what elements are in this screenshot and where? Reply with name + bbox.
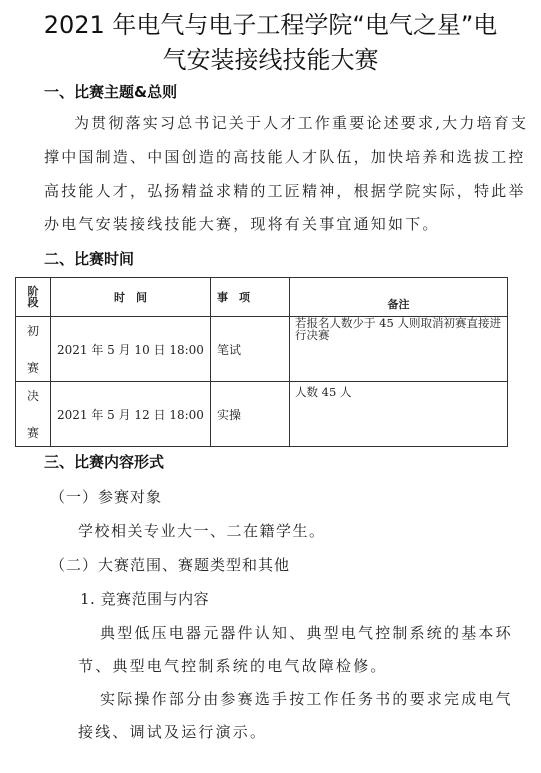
item-1-para-2-line-1: 实际操作部分由参赛选手按工作任务书的要求完成电气 bbox=[100, 689, 513, 709]
subsection-1-text: 学校相关专业大一、二在籍学生。 bbox=[78, 521, 326, 541]
header-note: 备注 bbox=[290, 278, 508, 317]
schedule-table: 阶段 时 间 事 项 备注 初赛 2021 年 5 月 10 日 18:00 笔… bbox=[15, 277, 508, 447]
section-1-line-1: 为贯彻落实习总书记关于人才工作重要论述要求,大力培育支 bbox=[74, 113, 528, 133]
table-row: 初赛 2021 年 5 月 10 日 18:00 笔试 若报名人数少于 45 人… bbox=[16, 317, 508, 382]
subsection-1-heading: （一）参赛对象 bbox=[50, 487, 162, 507]
header-time: 时 间 bbox=[51, 278, 211, 317]
subsection-2-heading: （二）大赛范围、赛题类型和其他 bbox=[50, 555, 290, 575]
time-cell: 2021 年 5 月 12 日 18:00 bbox=[51, 382, 211, 447]
section-3-heading: 三、比赛内容形式 bbox=[44, 452, 164, 472]
header-stage: 阶段 bbox=[16, 278, 51, 317]
note-cell: 人数 45 人 bbox=[290, 382, 508, 447]
item-cell: 笔试 bbox=[211, 317, 290, 382]
header-item: 事 项 bbox=[211, 278, 290, 317]
item-1-heading: 1. 竞赛范围与内容 bbox=[80, 589, 209, 609]
stage-cell: 初赛 bbox=[16, 317, 51, 382]
item-1-para-1-line-1: 典型低压电器元器件认知、典型电气控制系统的基本环 bbox=[100, 623, 513, 643]
document-title-line-1: 2021 年电气与电子工程学院“电气之星”电 bbox=[0, 10, 541, 40]
time-cell: 2021 年 5 月 10 日 18:00 bbox=[51, 317, 211, 382]
section-2-heading: 二、比赛时间 bbox=[44, 249, 134, 269]
section-1-line-4: 办电气安装接线技能大赛，现将有关事宜通知如下。 bbox=[44, 214, 440, 234]
item-1-para-2-line-2: 接线、调试及运行演示。 bbox=[78, 722, 267, 742]
table-header-row: 阶段 时 间 事 项 备注 bbox=[16, 278, 508, 317]
stage-cell: 决赛 bbox=[16, 382, 51, 447]
item-cell: 实操 bbox=[211, 382, 290, 447]
section-1-heading: 一、比赛主题&总则 bbox=[44, 82, 177, 102]
document-title-line-2: 气安装接线技能大赛 bbox=[0, 45, 541, 75]
item-1-para-1-line-2: 节、典型电气控制系统的电气故障检修。 bbox=[78, 656, 388, 676]
table-row: 决赛 2021 年 5 月 12 日 18:00 实操 人数 45 人 bbox=[16, 382, 508, 447]
note-cell: 若报名人数少于 45 人则取消初赛直接进行决赛 bbox=[290, 317, 508, 382]
section-1-line-3: 高技能人才，弘扬精益求精的工匠精神，根据学院实际，特此举 bbox=[44, 181, 526, 201]
section-1-line-2: 撑中国制造、中国创造的高技能人才队伍，加快培养和选拔工控 bbox=[44, 147, 526, 167]
